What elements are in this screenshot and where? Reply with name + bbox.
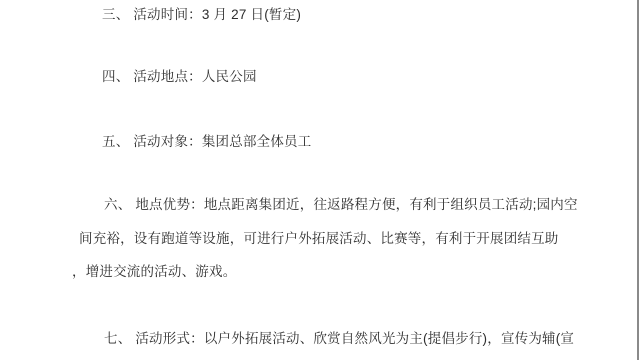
page-right-border	[637, 0, 639, 360]
list-item-location-advantage-line-2: 间充裕，设有跑道等设施，可进行户外拓展活动、比赛等，有利于开展团结互助	[79, 229, 559, 249]
document-page: 三、 活动时间：3 月 27 日(暂定) 四、 活动地点：人民公园 五、 活动对…	[0, 0, 640, 360]
list-item-activity-location: 四、 活动地点：人民公园	[102, 67, 257, 87]
list-item-location-advantage-line-1: 六、 地点优势：地点距离集团近，往返路程方便，有利于组织员工活动;园内空	[104, 195, 578, 215]
list-item-location-advantage-line-3: ，增进交流的活动、游戏。	[72, 262, 236, 282]
list-item-activity-time: 三、 活动时间：3 月 27 日(暂定)	[102, 5, 301, 25]
list-item-activity-format: 七、 活动形式：以户外拓展活动、欣赏自然风光为主(提倡步行)，宣传为辅(宣	[104, 329, 574, 349]
list-item-activity-target: 五、 活动对象：集团总部全体员工	[102, 132, 311, 152]
